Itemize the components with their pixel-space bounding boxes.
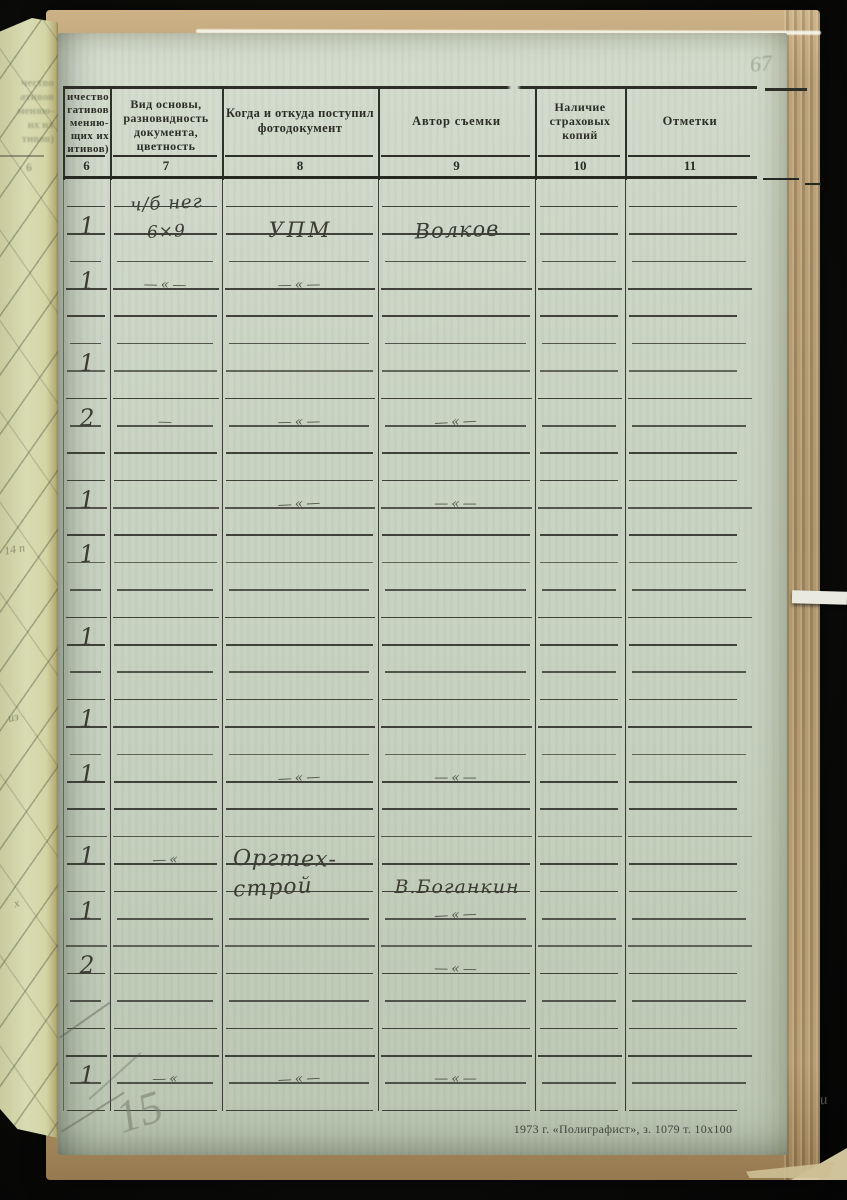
table-row: 16×9УПМВолков xyxy=(63,207,755,234)
table-cell xyxy=(625,810,755,837)
table-cell xyxy=(625,591,755,618)
table-cell xyxy=(625,837,755,864)
table-cell xyxy=(63,509,110,536)
table-cell xyxy=(110,947,222,974)
table-cell xyxy=(222,509,378,536)
table-cell xyxy=(222,646,378,673)
table-cell xyxy=(110,1029,222,1056)
table-cell xyxy=(63,920,110,947)
table-row xyxy=(63,372,755,399)
table-cell xyxy=(535,783,625,810)
table-cell xyxy=(625,235,755,262)
table-row xyxy=(63,427,755,454)
table-cell xyxy=(222,1002,378,1029)
table-row xyxy=(63,509,755,536)
table-row xyxy=(63,591,755,618)
table-cell xyxy=(222,1029,378,1056)
table-cell xyxy=(378,262,535,289)
table-cell xyxy=(535,591,625,618)
table-cell xyxy=(110,700,222,727)
table-cell: —«— xyxy=(222,481,378,508)
table-cell: 1 xyxy=(63,262,110,289)
table-cell: 1 xyxy=(63,207,110,234)
table-row xyxy=(63,783,755,810)
table-cell: —« xyxy=(110,837,222,864)
table-cell xyxy=(535,481,625,508)
table-cell xyxy=(222,920,378,947)
table-cell: УПМ xyxy=(222,207,378,234)
table-cell: Волков xyxy=(378,207,535,234)
table-cell xyxy=(222,591,378,618)
table-cell xyxy=(535,262,625,289)
table-cell xyxy=(63,290,110,317)
table-cell xyxy=(222,1084,378,1111)
table-cell xyxy=(625,892,755,919)
table-row xyxy=(63,317,755,344)
header-bottom-rule-ext xyxy=(763,178,799,180)
table-row xyxy=(63,728,755,755)
table-cell: 1 xyxy=(63,700,110,727)
table-cell xyxy=(625,344,755,371)
table-cell: —«— xyxy=(378,947,535,974)
table-cell xyxy=(222,344,378,371)
table-cell xyxy=(535,536,625,563)
header-bottom-rule xyxy=(63,176,757,179)
table-row: 1—«—«——«— xyxy=(63,1057,755,1084)
table-cell xyxy=(222,974,378,1001)
table-row xyxy=(63,1084,755,1111)
pencil-fragment: 14 п xyxy=(3,540,26,558)
table-cell xyxy=(378,920,535,947)
table-cell xyxy=(625,372,755,399)
table-cell: —«— xyxy=(378,892,535,919)
table-cell xyxy=(110,783,222,810)
table-cell xyxy=(222,700,378,727)
table-cell xyxy=(110,454,222,481)
table-cell xyxy=(110,646,222,673)
table-row xyxy=(63,920,755,947)
table-cell xyxy=(222,290,378,317)
table-cell xyxy=(535,235,625,262)
table-cell xyxy=(378,974,535,1001)
table-row: стройВ.Боганкин xyxy=(63,865,755,892)
bookmark-strip xyxy=(792,590,847,604)
table-cell xyxy=(63,563,110,590)
table-cell xyxy=(222,947,378,974)
ghost-column-number: 6 xyxy=(26,160,32,175)
table-row xyxy=(63,1029,755,1056)
table-cell xyxy=(378,728,535,755)
table-cell xyxy=(63,591,110,618)
table-cell xyxy=(625,180,755,207)
table-cell xyxy=(378,700,535,727)
table-cell xyxy=(535,344,625,371)
table-cell xyxy=(625,399,755,426)
table-cell xyxy=(535,810,625,837)
table-cell xyxy=(378,509,535,536)
table-cell xyxy=(535,454,625,481)
table-cell: Оргтех- xyxy=(222,837,378,864)
table-cell xyxy=(535,728,625,755)
table-row xyxy=(63,290,755,317)
table-cell xyxy=(222,317,378,344)
column-number: 10 xyxy=(535,155,625,176)
table-row: 1—«——«— xyxy=(63,755,755,782)
table-cell xyxy=(625,1057,755,1084)
table-cell: 6×9 xyxy=(110,207,222,234)
table-cell xyxy=(378,427,535,454)
table-cell: —«— xyxy=(222,1057,378,1084)
table-cell xyxy=(625,481,755,508)
table-cell xyxy=(110,810,222,837)
table-cell: строй xyxy=(222,865,378,892)
table-cell: —«— xyxy=(110,262,222,289)
table-cell xyxy=(535,1057,625,1084)
table-cell xyxy=(625,700,755,727)
table-cell: ч/б нег xyxy=(110,180,222,207)
table-row xyxy=(63,646,755,673)
table-cell xyxy=(110,317,222,344)
table-cell xyxy=(625,947,755,974)
table-cell xyxy=(63,974,110,1001)
table-cell xyxy=(625,262,755,289)
table-cell xyxy=(63,783,110,810)
table-cell xyxy=(535,837,625,864)
table-row: 2——«——«— xyxy=(63,399,755,426)
column-number: 9 xyxy=(378,155,535,176)
table-cell xyxy=(222,454,378,481)
table-cell xyxy=(222,563,378,590)
table-cell: 1 xyxy=(63,1057,110,1084)
table-cell xyxy=(110,618,222,645)
table-cell xyxy=(625,1002,755,1029)
table-cell: 1 xyxy=(63,344,110,371)
table-cell xyxy=(378,618,535,645)
table-cell xyxy=(222,673,378,700)
table-cell xyxy=(535,618,625,645)
table-cell xyxy=(535,892,625,919)
table-cell xyxy=(535,1002,625,1029)
table-cell: —«— xyxy=(222,755,378,782)
archival-photo: 67 ичество гативов меняю- щих их итивов)… xyxy=(0,0,847,1200)
column-number: 7 xyxy=(110,155,222,176)
table-cell xyxy=(535,700,625,727)
table-row: ч/б нег xyxy=(63,180,755,207)
ghost-rule xyxy=(0,155,44,157)
table-cell xyxy=(378,1029,535,1056)
table-cell xyxy=(535,290,625,317)
table-row: 1 xyxy=(63,618,755,645)
table-cell: —«— xyxy=(378,481,535,508)
table-cell xyxy=(625,618,755,645)
table-row xyxy=(63,454,755,481)
table-cell xyxy=(222,372,378,399)
table-row: 1 xyxy=(63,344,755,371)
table-cell xyxy=(535,207,625,234)
table-cell xyxy=(222,536,378,563)
table-row: 1 xyxy=(63,536,755,563)
table-cell: —«— xyxy=(378,1057,535,1084)
table-cell xyxy=(625,207,755,234)
table-cell xyxy=(63,1029,110,1056)
table-cell xyxy=(535,947,625,974)
table-row xyxy=(63,673,755,700)
table-cell xyxy=(535,755,625,782)
table-row xyxy=(63,974,755,1001)
table-cell xyxy=(222,618,378,645)
table-cell xyxy=(535,427,625,454)
table-cell: —«— xyxy=(222,399,378,426)
table-cell xyxy=(110,865,222,892)
table-cell xyxy=(378,563,535,590)
table-cell xyxy=(222,427,378,454)
table-cell: 1 xyxy=(63,892,110,919)
table-cell xyxy=(63,865,110,892)
column-number-row: 6 7 8 9 10 11 xyxy=(63,155,755,176)
table-cell xyxy=(535,974,625,1001)
table-cell xyxy=(222,783,378,810)
table-row: 1—«——«— xyxy=(63,262,755,289)
table-row xyxy=(63,810,755,837)
table-cell xyxy=(535,317,625,344)
table-row: 1—«Оргтех- xyxy=(63,837,755,864)
table-cell: 2 xyxy=(63,399,110,426)
table-cell xyxy=(535,673,625,700)
table-cell xyxy=(625,509,755,536)
table-row: 2—«— xyxy=(63,947,755,974)
print-imprint: 1973 г. «Полиграфист», з. 1079 т. 10х100 xyxy=(478,1122,768,1137)
table-cell xyxy=(625,673,755,700)
column-number: 6 xyxy=(63,155,110,176)
table-cell xyxy=(535,372,625,399)
column-number: 8 xyxy=(222,155,378,176)
table-cell xyxy=(110,673,222,700)
table-cell xyxy=(222,235,378,262)
table-cell xyxy=(378,290,535,317)
table-cell xyxy=(378,536,535,563)
table-cell: 1 xyxy=(63,481,110,508)
table-cell xyxy=(378,591,535,618)
table-cell xyxy=(63,235,110,262)
table-row: 1 xyxy=(63,700,755,727)
table-cell xyxy=(110,536,222,563)
table-cell xyxy=(378,783,535,810)
table-cell xyxy=(63,427,110,454)
table-cell xyxy=(625,755,755,782)
header-bottom-rule-dash xyxy=(805,183,821,185)
table-cell xyxy=(110,290,222,317)
table-cell: 1 xyxy=(63,618,110,645)
table-row: 1—«— xyxy=(63,892,755,919)
table-cell: — xyxy=(110,399,222,426)
table-cell: —«— xyxy=(378,755,535,782)
column-header-6: ичество гативов меняю- щих их итивов) xyxy=(65,89,112,157)
table-cell xyxy=(625,920,755,947)
table-cell xyxy=(625,1029,755,1056)
table-cell xyxy=(535,920,625,947)
table-cell xyxy=(63,317,110,344)
adjacent-page-edge: чество ативов меняю- их их тивов) 6 14 п… xyxy=(0,18,58,1138)
table-cell xyxy=(63,646,110,673)
table-cell xyxy=(378,235,535,262)
column-number: 11 xyxy=(625,155,755,176)
table-cell xyxy=(535,180,625,207)
table-cell: —«— xyxy=(378,399,535,426)
table-cell xyxy=(222,892,378,919)
table-top-rule-ext xyxy=(765,88,807,91)
table-cell xyxy=(110,509,222,536)
table-cell xyxy=(110,427,222,454)
edge-pencil-mark: и xyxy=(819,1092,829,1110)
table-cell xyxy=(625,454,755,481)
table-cell xyxy=(110,892,222,919)
table-cell xyxy=(625,1084,755,1111)
table-cell: В.Боганкин xyxy=(378,865,535,892)
table-cell: —«— xyxy=(222,262,378,289)
page-number-pencil: 67 xyxy=(749,50,774,78)
table-body: ч/б нег16×9УПМВолков1—«——«—12——«——«—1—«—… xyxy=(63,180,755,1111)
table-cell xyxy=(110,974,222,1001)
table-cell: 1 xyxy=(63,536,110,563)
table-cell xyxy=(625,536,755,563)
table-cell xyxy=(625,427,755,454)
pencil-fragment: из xyxy=(6,709,20,726)
table-cell xyxy=(625,974,755,1001)
table-cell xyxy=(63,673,110,700)
table-cell xyxy=(625,317,755,344)
table-cell xyxy=(535,1084,625,1111)
table-cell xyxy=(63,810,110,837)
table-cell xyxy=(63,454,110,481)
table-cell: 2 xyxy=(63,947,110,974)
table-cell xyxy=(378,1084,535,1111)
table-cell xyxy=(625,783,755,810)
table-cell xyxy=(222,728,378,755)
table-cell xyxy=(625,290,755,317)
table-cell xyxy=(378,454,535,481)
table-cell xyxy=(110,563,222,590)
table-cell xyxy=(63,372,110,399)
table-cell xyxy=(110,481,222,508)
table-cell xyxy=(535,509,625,536)
table-cell xyxy=(378,372,535,399)
table-cell xyxy=(625,563,755,590)
table-cell xyxy=(378,180,535,207)
ghost-header-text: чество ативов меняю- их их тивов) xyxy=(0,76,54,146)
table-cell xyxy=(378,317,535,344)
table-cell xyxy=(535,399,625,426)
table-cell xyxy=(378,837,535,864)
table-cell xyxy=(625,865,755,892)
table-cell xyxy=(110,344,222,371)
ledger-page: 67 ичество гативов меняю- щих их итивов)… xyxy=(58,33,787,1155)
table-cell xyxy=(625,728,755,755)
table-row: 1—«——«— xyxy=(63,481,755,508)
table-cell xyxy=(110,235,222,262)
table-row xyxy=(63,235,755,262)
table-cell xyxy=(378,673,535,700)
table-cell xyxy=(378,344,535,371)
table-cell xyxy=(110,728,222,755)
table-cell: 1 xyxy=(63,755,110,782)
table-cell xyxy=(535,646,625,673)
table-cell xyxy=(222,810,378,837)
table-cell xyxy=(110,755,222,782)
table-cell xyxy=(222,180,378,207)
table-cell xyxy=(63,180,110,207)
table-cell xyxy=(535,865,625,892)
table-cell xyxy=(110,591,222,618)
table-row xyxy=(63,1002,755,1029)
table-cell xyxy=(110,920,222,947)
table-cell xyxy=(378,810,535,837)
pencil-fragment: х xyxy=(12,896,22,912)
table-cell xyxy=(625,646,755,673)
table-row xyxy=(63,563,755,590)
table-cell xyxy=(535,1029,625,1056)
table-cell xyxy=(535,563,625,590)
table-cell xyxy=(63,728,110,755)
table-cell xyxy=(110,372,222,399)
table-cell: —« xyxy=(110,1057,222,1084)
table-cell xyxy=(110,1002,222,1029)
table-cell xyxy=(378,646,535,673)
column-header-7: Вид основы, разновидность документа, цве… xyxy=(112,89,220,163)
table-cell xyxy=(378,1002,535,1029)
table-cell: 1 xyxy=(63,837,110,864)
